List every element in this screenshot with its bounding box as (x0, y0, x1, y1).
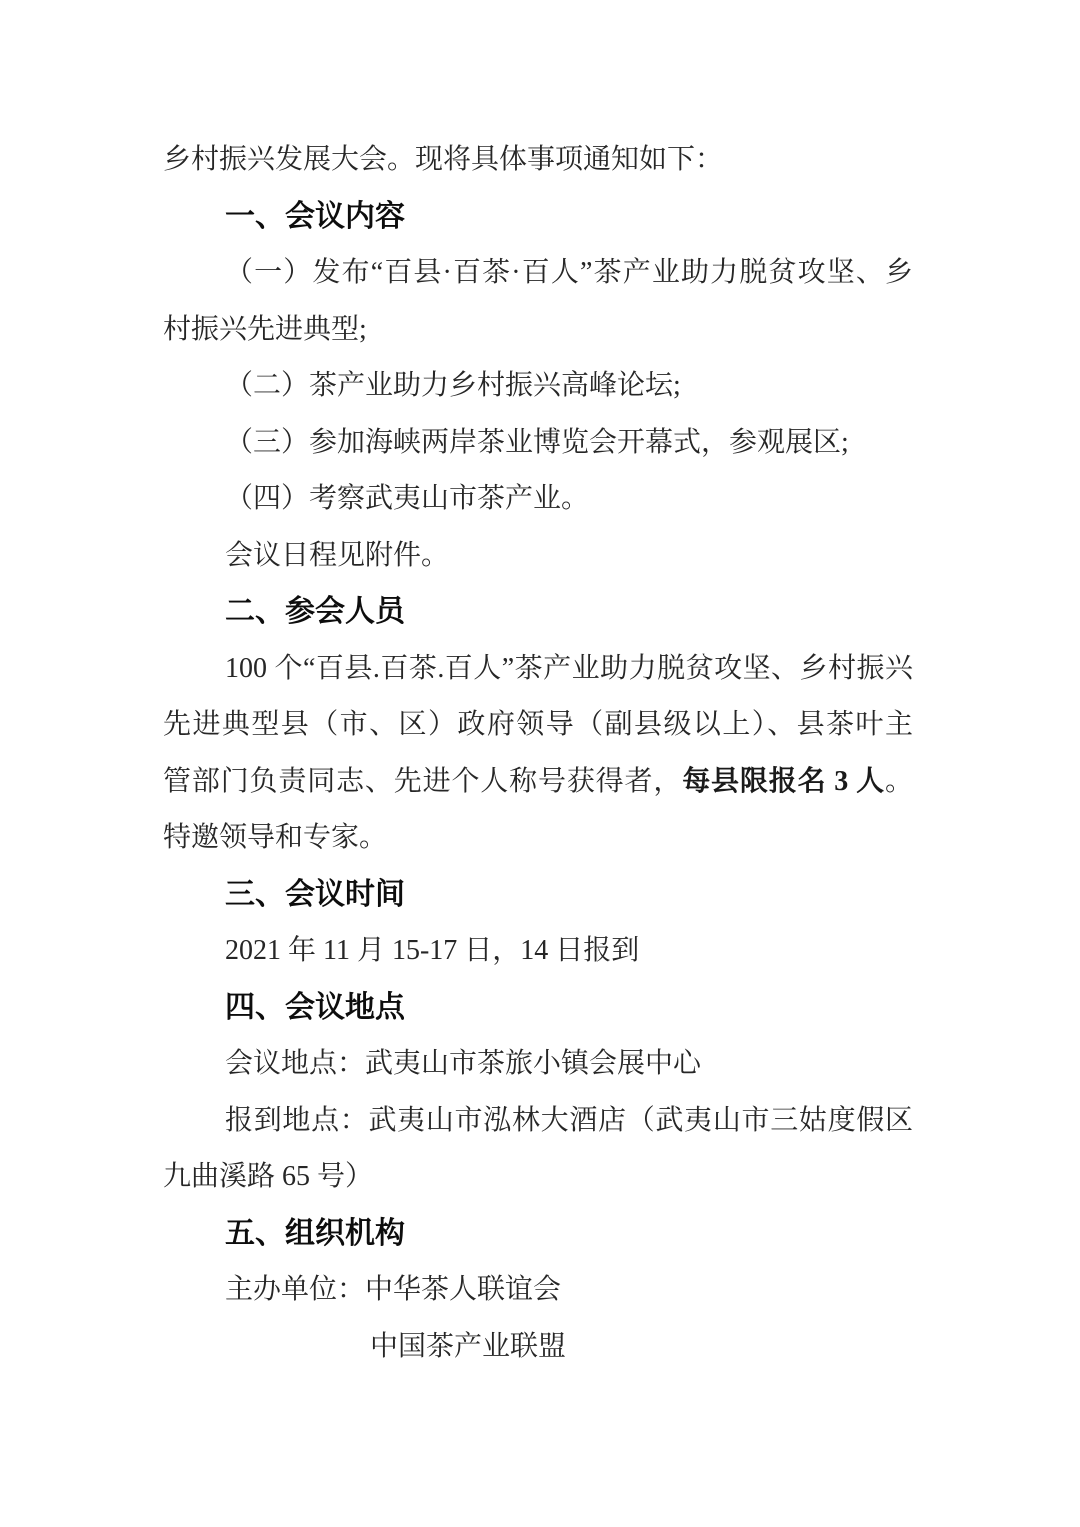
intro-line: 乡村振兴发展大会。现将具体事项通知如下： (163, 132, 913, 189)
document-page: 乡村振兴发展大会。现将具体事项通知如下： 一、会议内容 （一）发布“百县·百茶·… (0, 0, 1080, 1527)
participants-line-2: 先进典型县（市、区）政府领导（副县级以上）、县茶叶主 (163, 697, 913, 754)
agenda-item-2-line: （二）茶产业助力乡村振兴高峰论坛; (163, 358, 913, 415)
section-2-heading: 二、参会人员 (163, 584, 913, 641)
agenda-item-4-line: （四）考察武夷山市茶产业。 (163, 471, 913, 528)
participants-line-3-period: 。 (885, 766, 913, 797)
host-organization-line-1: 主办单位：中华茶人联谊会 (163, 1262, 913, 1319)
agenda-item-3-line: （三）参加海峡两岸茶业博览会开幕式，参观展区; (163, 415, 913, 472)
section-5-heading: 五、组织机构 (163, 1206, 913, 1263)
participants-line-3: 管部门负责同志、先进个人称号获得者，每县限报名 3 人。 (163, 754, 913, 811)
checkin-venue-line-2: 九曲溪路 65 号） (163, 1149, 913, 1206)
agenda-item-1-line-2: 村振兴先进典型; (163, 302, 913, 359)
checkin-venue-line-1: 报到地点：武夷山市泓林大酒店（武夷山市三姑度假区 (163, 1093, 913, 1150)
registration-limit-bold-text: 每县限报名 3 人 (682, 766, 885, 797)
section-4-heading: 四、会议地点 (163, 980, 913, 1037)
agenda-item-1-line-1: （一）发布“百县·百茶·百人”茶产业助力脱贫攻坚、乡 (163, 245, 913, 302)
host-organization-line-2: 中国茶产业联盟 (163, 1319, 913, 1376)
participants-line-1: 100 个“百县.百茶.百人”茶产业助力脱贫攻坚、乡村振兴 (163, 641, 913, 698)
meeting-venue-line: 会议地点：武夷山市茶旅小镇会展中心 (163, 1036, 913, 1093)
section-3-heading: 三、会议时间 (163, 867, 913, 924)
section-1-heading: 一、会议内容 (163, 189, 913, 246)
agenda-attachment-note-line: 会议日程见附件。 (163, 528, 913, 585)
notice-body: 乡村振兴发展大会。现将具体事项通知如下： 一、会议内容 （一）发布“百县·百茶·… (163, 132, 913, 1375)
participants-line-4: 特邀领导和专家。 (163, 810, 913, 867)
meeting-time-line: 2021 年 11 月 15-17 日，14 日报到 (163, 923, 913, 980)
participants-line-3-text: 管部门负责同志、先进个人称号获得者， (163, 766, 682, 797)
